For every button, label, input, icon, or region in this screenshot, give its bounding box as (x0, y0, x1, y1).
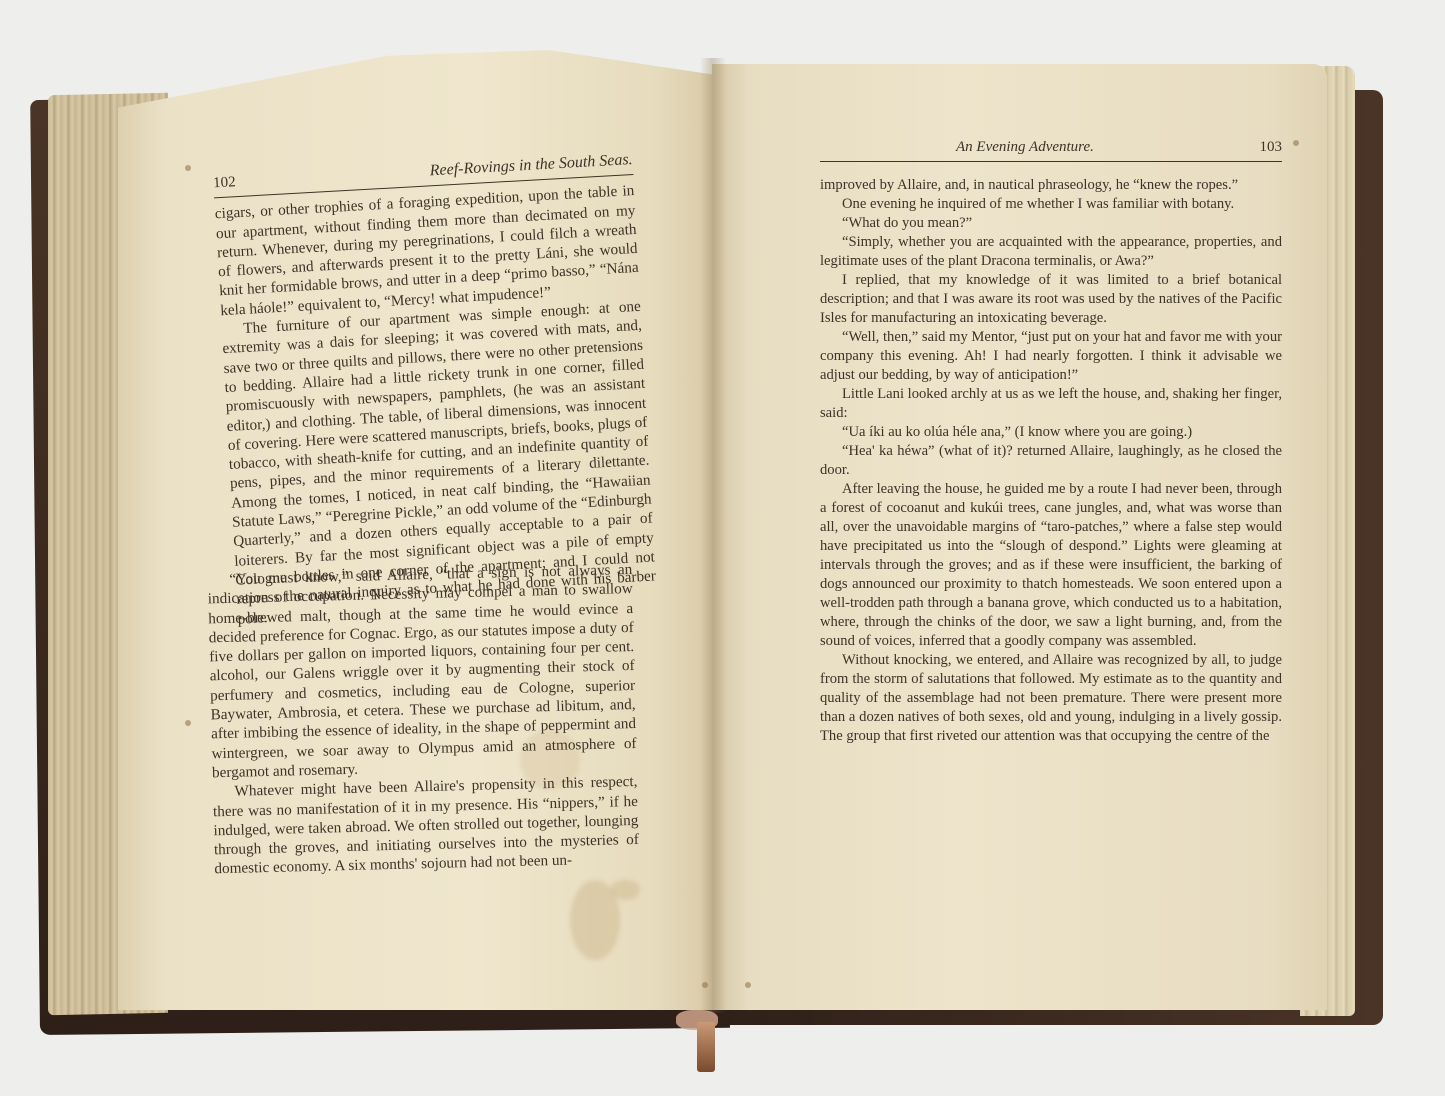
foxing-spot (185, 165, 191, 171)
paragraph: “Well, then,” said my Mentor, “just put … (820, 328, 1282, 385)
paragraph: After leaving the house, he guided me by… (820, 480, 1282, 651)
paragraph: “You must know,” said Allaire, “that a s… (207, 560, 637, 783)
paragraph: Whatever might have been Allaire's prope… (212, 772, 639, 879)
paragraph: I replied, that my knowledge of it was l… (820, 271, 1282, 328)
paragraph: Little Lani looked archly at us as we le… (820, 385, 1282, 423)
paragraph: improved by Allaire, and, in nautical ph… (820, 176, 1282, 195)
page-number-right: 103 (1260, 138, 1283, 157)
paragraph: “What do you mean?” (820, 214, 1282, 233)
book-photo: 102 Reef-Rovings in the South Seas. ciga… (0, 0, 1445, 1096)
left-page-text-upper: 102 Reef-Rovings in the South Seas. ciga… (213, 150, 658, 629)
foxing-spot (185, 720, 191, 726)
foxing-spot (1293, 140, 1299, 146)
paragraph: “Ua íki au ko olúa héle ana,” (I know wh… (820, 423, 1282, 442)
running-header-right: An Evening Adventure. 103 (820, 138, 1282, 162)
paragraph: “Hea' ka héwa” (what of it)? returned Al… (820, 442, 1282, 480)
bookmark-ribbon (697, 1022, 715, 1072)
left-page-text-lower: “You must know,” said Allaire, “that a s… (207, 560, 639, 879)
running-title-right: An Evening Adventure. (956, 138, 1094, 157)
foxing-spot (702, 982, 708, 988)
paragraph: “Simply, whether you are acquainted with… (820, 233, 1282, 271)
paragraph: Without knocking, we entered, and Allair… (820, 651, 1282, 746)
right-page-text: An Evening Adventure. 103 improved by Al… (820, 138, 1282, 746)
paragraph: One evening he inquired of me whether I … (820, 195, 1282, 214)
foxing-spot (745, 982, 751, 988)
page-number-left: 102 (213, 173, 237, 194)
book-gutter (700, 58, 726, 1013)
water-stain (610, 880, 640, 900)
